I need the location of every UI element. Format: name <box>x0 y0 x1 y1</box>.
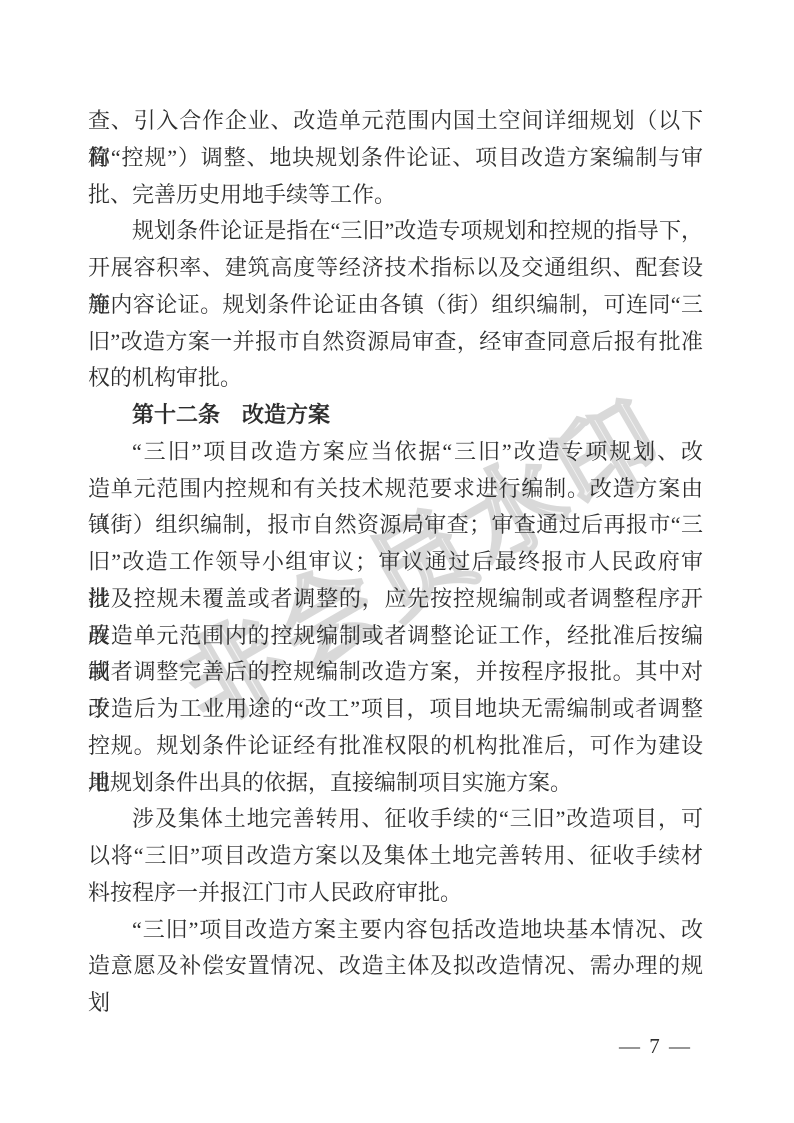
text-line: 权的机构审批。 <box>88 360 703 397</box>
document-body: 查、引入合作企业、改造单元范围内国土空间详细规划（以下简 称“控规”）调整、地块… <box>88 103 703 985</box>
text-line: 等内容论证。规划条件论证由各镇（街）组织编制，可连同“三 <box>88 287 703 324</box>
text-line: 控规。规划条件论证经有批准权限的机构批准后，可作为建设用 <box>88 728 703 765</box>
text-line: 旧”改造工作领导小组审议；审议通过后最终报市人民政府审批。 <box>88 544 703 581</box>
text-line: 造意愿及补偿安置情况、改造主体及拟改造情况、需办理的规划 <box>88 948 703 985</box>
text-line: 造单元范围内控规和有关技术规范要求进行编制。改造方案由镇 <box>88 471 703 508</box>
text-line: 涉及控规未覆盖或者调整的，应先按控规编制或者调整程序开展 <box>88 581 703 618</box>
text-line: 旧”改造方案一并报市自然资源局审查，经审查同意后报有批准 <box>88 324 703 361</box>
text-line: 查、引入合作企业、改造单元范围内国土空间详细规划（以下简 <box>88 103 703 140</box>
text-line: 或者调整完善后的控规编制改造方案，并按程序报批。其中对于 <box>88 654 703 691</box>
text-line: “三旧”项目改造方案主要内容包括改造地块基本情况、改 <box>88 912 703 949</box>
text-line: 改造后为工业用途的“改工”项目，项目地块无需编制或者调整 <box>88 691 703 728</box>
text-line: 以将“三旧”项目改造方案以及集体土地完善转用、征收手续材 <box>88 838 703 875</box>
text-line: （街）组织编制，报市自然资源局审查；审查通过后再报市“三 <box>88 507 703 544</box>
text-line: 涉及集体土地完善转用、征收手续的“三旧”改造项目，可 <box>88 801 703 838</box>
text-line: 批、完善历史用地手续等工作。 <box>88 177 703 214</box>
text-line: “三旧”项目改造方案应当依据“三旧”改造专项规划、改 <box>88 434 703 471</box>
document-page: 非会员水印 查、引入合作企业、改造单元范围内国土空间详细规划（以下简 称“控规”… <box>0 0 794 1123</box>
text-line: 开展容积率、建筑高度等经济技术指标以及交通组织、配套设施 <box>88 250 703 287</box>
article-heading: 第十二条 改造方案 <box>88 397 703 434</box>
text-line: 称“控规”）调整、地块规划条件论证、项目改造方案编制与审 <box>88 140 703 177</box>
text-line: 地规划条件出具的依据，直接编制项目实施方案。 <box>88 765 703 802</box>
text-line: 料按程序一并报江门市人民政府审批。 <box>88 875 703 912</box>
text-line: 规划条件论证是指在“三旧”改造专项规划和控规的指导下， <box>88 213 703 250</box>
text-line: 改造单元范围内的控规编制或者调整论证工作，经批准后按编制 <box>88 618 703 655</box>
page-number: — 7 — <box>619 1034 692 1059</box>
